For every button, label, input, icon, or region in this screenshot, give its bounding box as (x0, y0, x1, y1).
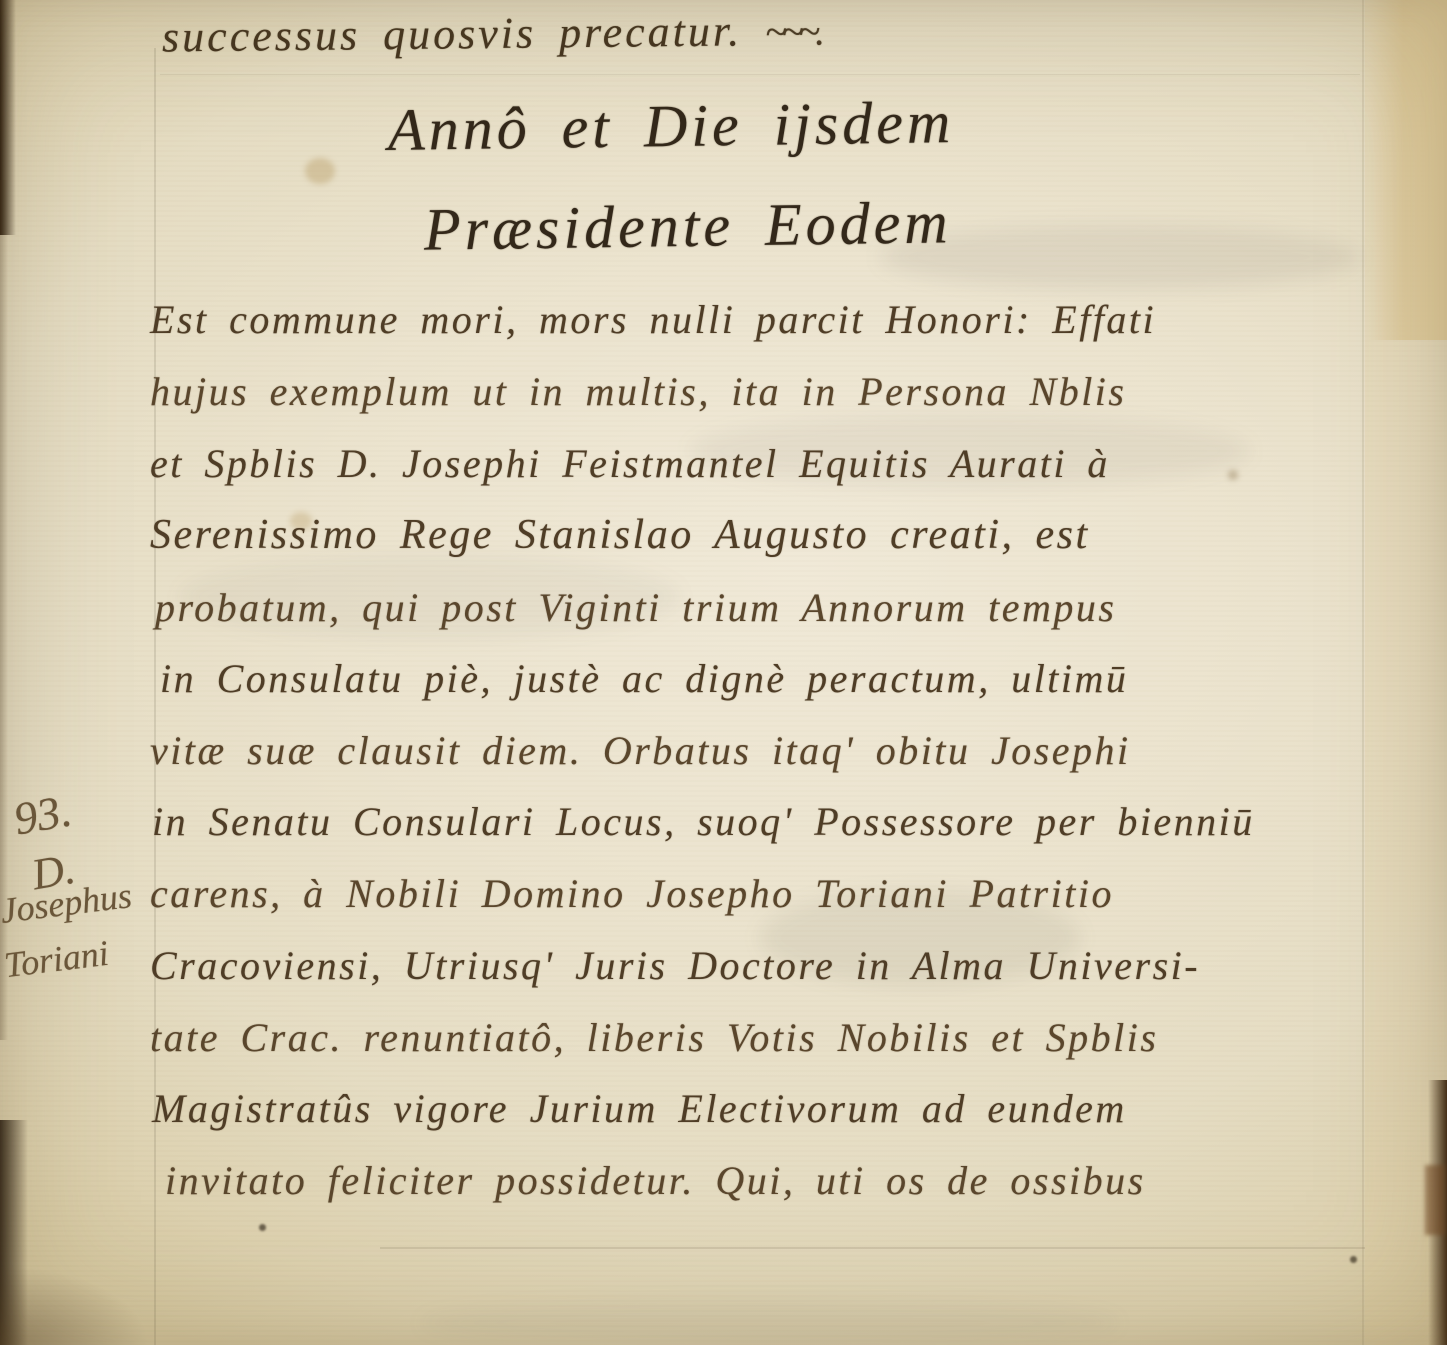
body-line: Serenissimo Rege Stanislao Augusto creat… (150, 511, 1090, 559)
catchline: successus quosvis precatur. ~~~. (162, 5, 821, 63)
margin-entry-number: 93. (10, 783, 76, 845)
body-line: Cracoviensi, Utriusq' Juris Doctore in A… (150, 942, 1200, 989)
body-line: in Consulatu piè, justè ac dignè peractu… (160, 655, 1128, 702)
body-line: Est commune mori, mors nulli parcit Hono… (150, 296, 1156, 343)
body-line: et Spblis D. Josephi Feistmantel Equitis… (150, 440, 1110, 487)
body-line: invitato feliciter possidetur. Qui, uti … (165, 1157, 1146, 1204)
catchline-text: successus quosvis precatur. (162, 6, 743, 61)
body-line: hujus exemplum ut in multis, ita in Pers… (150, 368, 1126, 415)
body-line: in Senatu Consulari Locus, suoq' Possess… (152, 798, 1255, 845)
body-line: tate Crac. renuntiatô, liberis Votis Nob… (150, 1014, 1158, 1061)
body-line: vitæ suæ clausit diem. Orbatus itaq' obi… (150, 727, 1131, 774)
heading-praesidente-eodem: Præsidente Eodem (424, 188, 953, 264)
body-line: carens, à Nobili Domino Josepho Toriani … (150, 870, 1114, 917)
manuscript-page-photo: successus quosvis precatur. ~~~. Annô et… (0, 0, 1447, 1345)
body-line: Magistratûs vigore Jurium Electivorum ad… (152, 1085, 1127, 1132)
body-line: probatum, qui post Viginti trium Annorum… (155, 584, 1116, 631)
heading-anno-et-die: Annô et Die ijsdem (388, 88, 955, 165)
line-filler-flourish: ~~~. (765, 9, 820, 55)
